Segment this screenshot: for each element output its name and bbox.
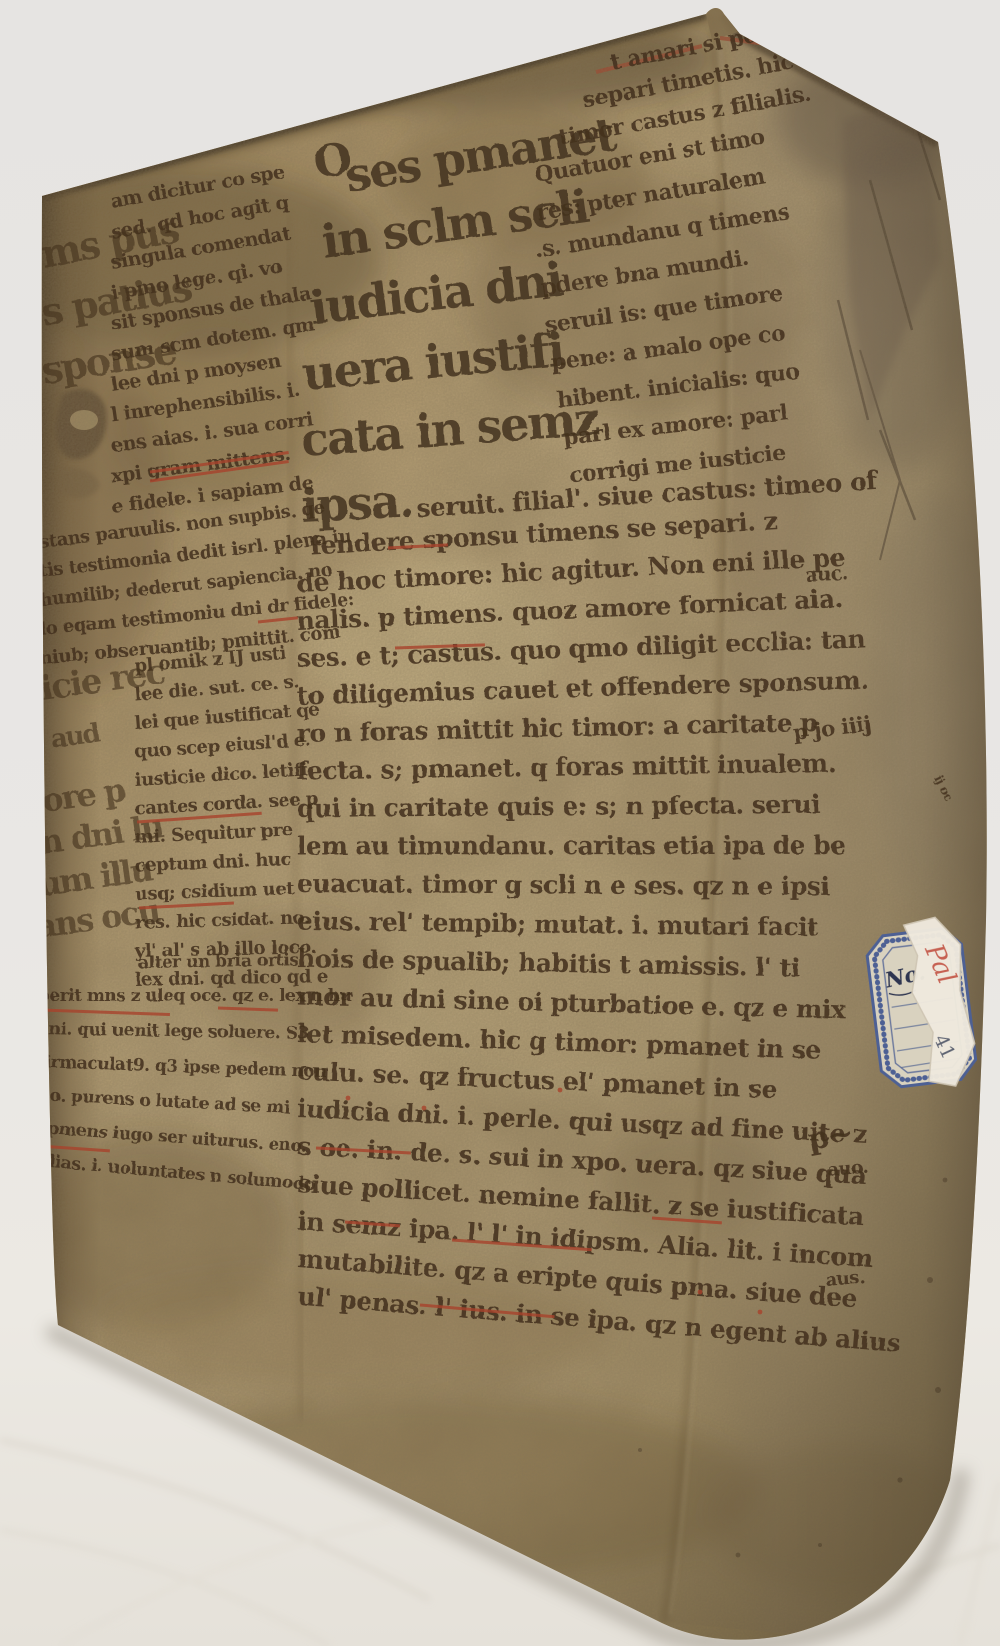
manuscript-photo-canvas: Oses pmanetin sclm scliiudicia dniuera i…	[0, 0, 1000, 1646]
photo-of-manuscript-book: Oses pmanetin sclm scliiudicia dniuera i…	[0, 0, 1000, 1646]
red-dot	[346, 1096, 351, 1101]
red-underline	[218, 1008, 278, 1010]
red-dot	[758, 1310, 763, 1315]
main-block-line: qui in caritate quis e: s; n pfecta. ser…	[297, 790, 820, 823]
marginal-note: auo.	[827, 1157, 869, 1181]
left-column-line: alter un bria ortis	[138, 950, 299, 973]
main-block-line: euacuat. timor g scli n e ses. qz n e ip…	[297, 869, 830, 901]
main-block-line: lem au timundanu. caritas etia ipa de be	[297, 831, 846, 861]
red-dot	[558, 1088, 563, 1093]
marginal-note: aus.	[825, 1267, 866, 1291]
red-dot	[422, 1106, 427, 1111]
marginal-note: auc.	[805, 562, 849, 587]
red-dot	[698, 1290, 703, 1295]
